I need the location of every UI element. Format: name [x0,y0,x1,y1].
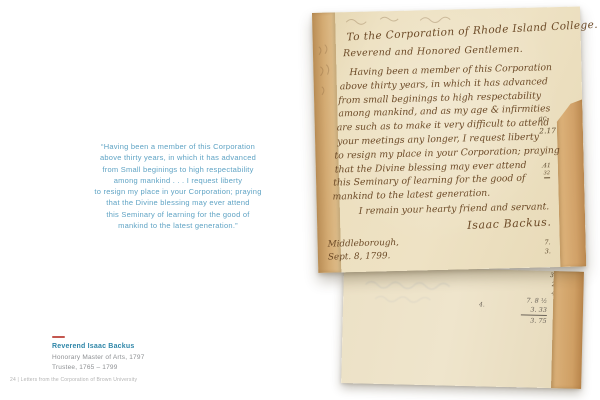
attribution-role: Trustee, 1765 – 1799 [52,364,118,371]
manuscript-verso-sheet: 4. 7. 8 ½ 3. 33 3. 75 3. 2 4 [341,266,584,389]
manuscript-letter-sheet: To the Corporation of Rhode Island Colle… [312,6,586,272]
quote-line: to resign my place in your Corporation; … [54,186,302,197]
margin-note: 3. [545,247,551,255]
letter-salutation: Reverend and Honored Gentlemen. [343,44,523,59]
letter-place: Middleborough, [328,238,400,250]
letter-signature: Isaac Backus. [467,215,552,232]
pull-quote: “Having been a member of this Corporatio… [54,141,302,231]
letter-closing: I remain your hearty friend and servant. [359,201,550,217]
attribution-name: Reverend Isaac Backus [52,343,134,350]
attribution-role: Honorary Master of Arts, 1797 [52,354,145,361]
letter-body: Having been a member of this Corporation… [327,61,562,205]
quote-line: this Seminary of learning for the good o… [54,209,302,220]
page-footer: 24 | Letters from the Corporation of Bro… [10,377,137,383]
verso-arithmetic: 7. 8 ½ 3. 33 3. 75 [495,296,548,326]
margin-note: .41 [541,162,551,169]
quote-line: “Having been a member of this Corporatio… [54,141,302,152]
quote-line: from Small beginings to high respectabil… [54,164,302,175]
quote-line: above thirty years, in which it has adva… [54,152,302,163]
quote-line: among mankind . . . I request liberty [54,175,302,186]
quote-line: mankind to the latest generation.” [54,220,302,231]
verso-tan-edge [551,271,584,389]
book-spread-page: “Having been a member of this Corporatio… [0,0,600,400]
verso-arith-total: 3. 75 [521,314,547,326]
margin-note: ac [538,114,546,122]
accent-dash [52,336,65,338]
letter-date: Sept. 8, 1799. [328,251,391,263]
showthrough-squiggle [361,274,482,311]
quote-line: that the Divine blessing may ever attend [54,197,302,208]
verso-side-mark: 4. [479,301,485,308]
margin-note: 32 [544,170,551,178]
margin-note: 2.17 [539,126,556,135]
margin-note: 7. [544,238,550,246]
